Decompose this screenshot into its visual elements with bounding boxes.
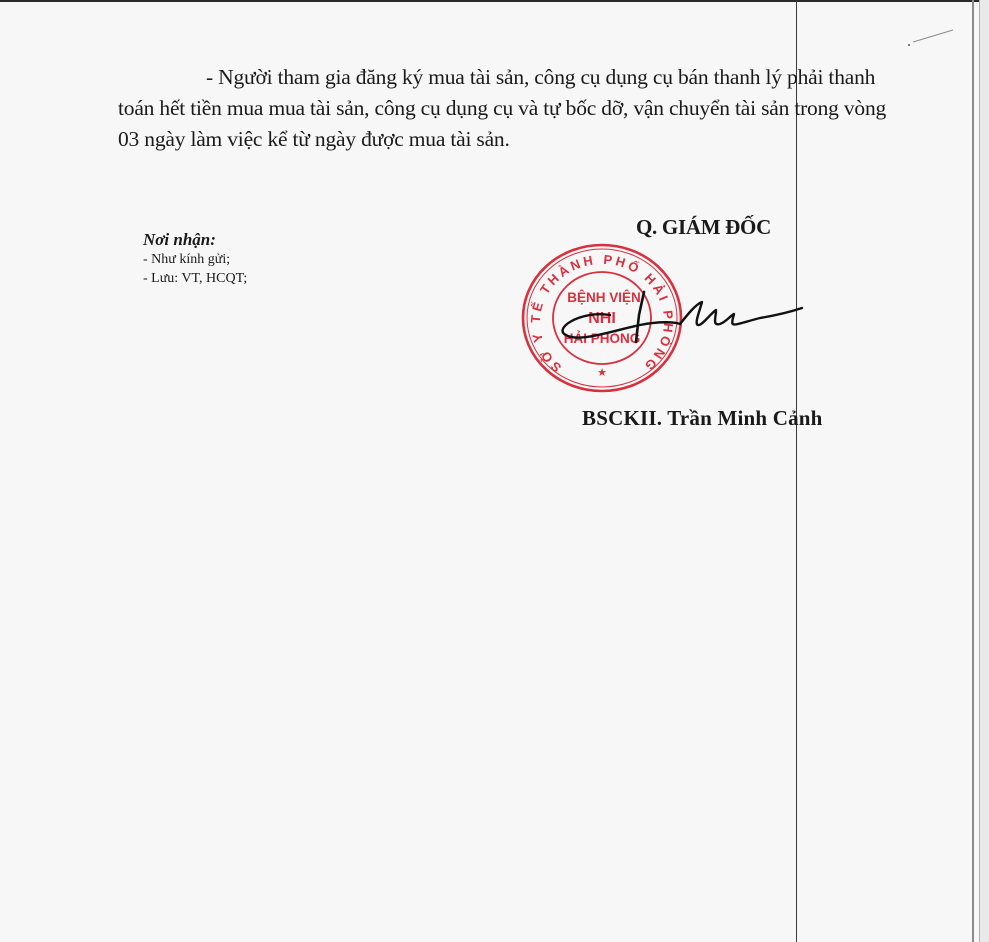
handwritten-signature: [560, 270, 820, 370]
recipient-item: - Lưu: VT, HCQT;: [143, 269, 247, 288]
body-paragraph: - Người tham gia đăng ký mua tài sản, cô…: [118, 62, 898, 155]
signer-position-title: Q. GIÁM ĐỐC: [636, 215, 771, 240]
recipient-item: - Như kính gửi;: [143, 250, 247, 269]
scan-artifact-mark: [905, 28, 955, 48]
recipients-block: Nơi nhận: - Như kính gửi; - Lưu: VT, HCQ…: [143, 230, 247, 288]
recipients-title: Nơi nhận:: [143, 230, 247, 250]
signer-name: BSCKII. Trần Minh Cảnh: [582, 406, 823, 431]
scan-top-border: [0, 0, 989, 2]
scan-right-edge: [972, 0, 974, 942]
body-paragraph-block: - Người tham gia đăng ký mua tài sản, cô…: [118, 62, 898, 155]
scan-right-strip: [980, 0, 989, 942]
